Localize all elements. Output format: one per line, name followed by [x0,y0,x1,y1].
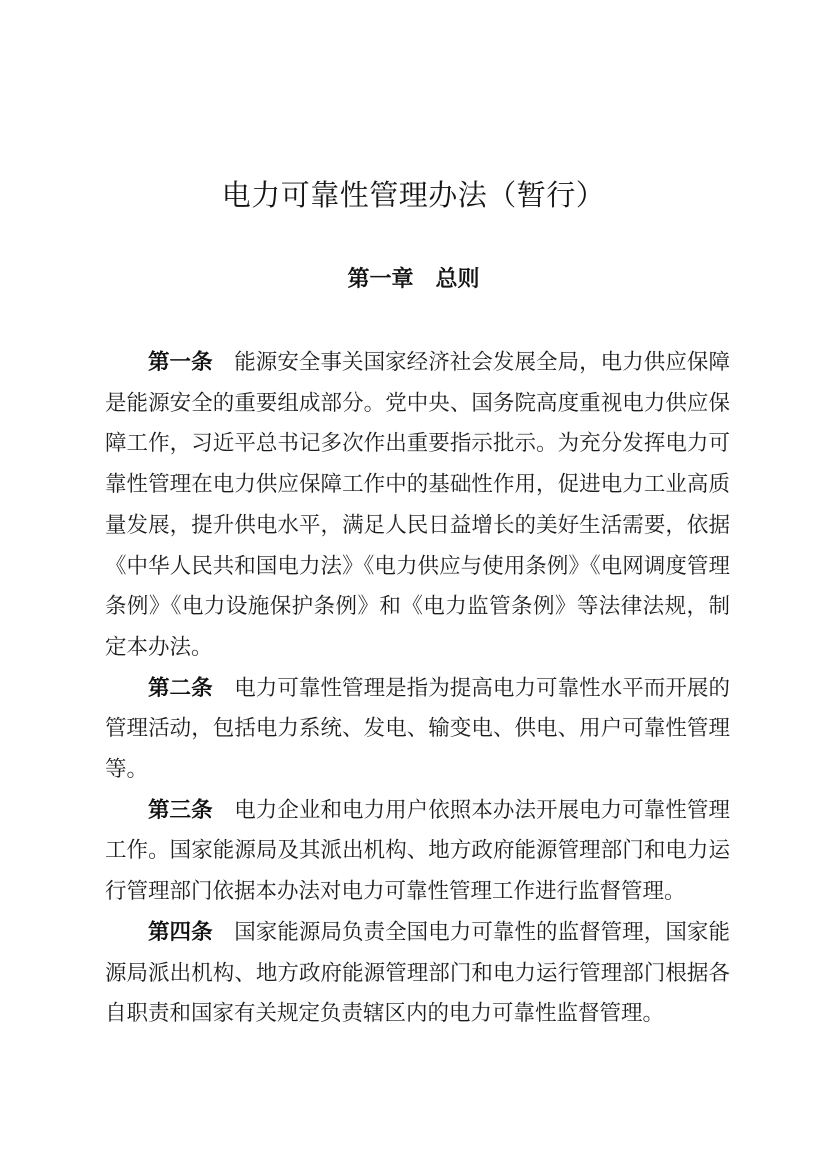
article-text: 能源安全事关国家经济社会发展全局，电力供应保障是能源安全的重要组成部分。党中央、… [105,350,730,659]
document-title: 电力可靠性管理办法（暂行） [0,179,827,213]
chapter-heading: 第一章 总则 [0,265,827,293]
label-separator [213,798,235,822]
label-separator [213,920,235,944]
article-number-label: 第一条 [148,350,213,374]
article-paragraph-2: 第二条 电力可靠性管理是指为提高电力可靠性水平而开展的管理活动，包括电力系统、发… [105,668,730,790]
article-number-label: 第二条 [148,676,213,700]
label-separator [213,676,235,700]
article-paragraph-4: 第四条 国家能源局负责全国电力可靠性的监督管理，国家能源局派出机构、地方政府能源… [105,912,730,1034]
article-number-label: 第三条 [148,798,213,822]
document-body: 第一条 能源安全事关国家经济社会发展全局，电力供应保障是能源安全的重要组成部分。… [105,342,730,1034]
article-paragraph-1: 第一条 能源安全事关国家经济社会发展全局，电力供应保障是能源安全的重要组成部分。… [105,342,730,668]
article-number-label: 第四条 [148,920,213,944]
document-page: 电力可靠性管理办法（暂行） 第一章 总则 第一条 能源安全事关国家经济社会发展全… [0,0,827,1169]
article-paragraph-3: 第三条 电力企业和电力用户依照本办法开展电力可靠性管理工作。国家能源局及其派出机… [105,790,730,912]
label-separator [213,350,235,374]
